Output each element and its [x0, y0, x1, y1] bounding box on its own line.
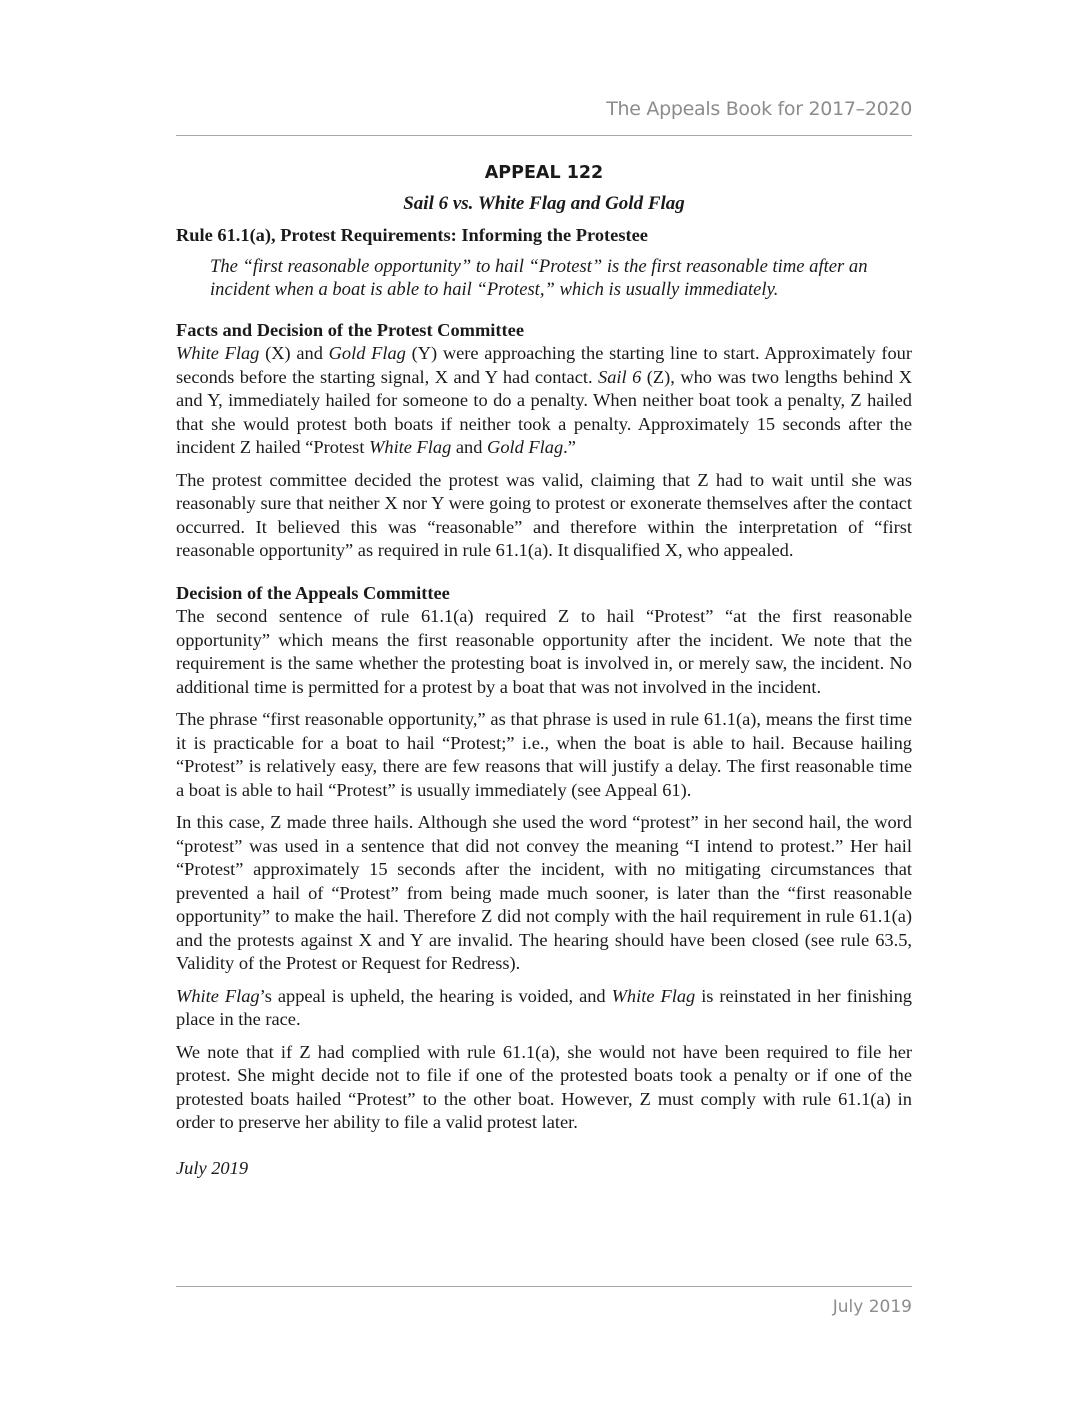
rule-heading: Rule 61.1(a), Protest Requirements: Info…	[176, 224, 912, 248]
decision-paragraph-3: In this case, Z made three hails. Althou…	[176, 811, 912, 976]
decision-heading: Decision of the Appeals Committee	[176, 582, 912, 606]
decision-paragraph-4: White Flag’s appeal is upheld, the heari…	[176, 985, 912, 1032]
appeal-subtitle: Sail 6 vs. White Flag and Gold Flag	[176, 190, 912, 224]
footer-divider	[176, 1286, 912, 1287]
appeal-summary: The “first reasonable opportunity” to ha…	[210, 255, 912, 302]
decision-date: July 2019	[176, 1157, 912, 1181]
header-divider	[176, 135, 912, 136]
document-page: The Appeals Book for 2017–2020 APPEAL 12…	[0, 0, 1088, 1408]
decision-paragraph-2: The phrase “first reasonable opportunity…	[176, 708, 912, 802]
decision-paragraph-5: We note that if Z had complied with rule…	[176, 1041, 912, 1135]
facts-paragraph-1: White Flag (X) and Gold Flag (Y) were ap…	[176, 342, 912, 460]
running-header: The Appeals Book for 2017–2020	[176, 98, 912, 120]
facts-paragraph-2: The protest committee decided the protes…	[176, 469, 912, 563]
appeal-title: APPEAL 122	[176, 160, 912, 190]
running-footer: July 2019	[176, 1297, 912, 1317]
appeal-content: APPEAL 122 Sail 6 vs. White Flag and Gol…	[176, 160, 912, 1180]
facts-heading: Facts and Decision of the Protest Commit…	[176, 319, 912, 343]
decision-paragraph-1: The second sentence of rule 61.1(a) requ…	[176, 605, 912, 699]
